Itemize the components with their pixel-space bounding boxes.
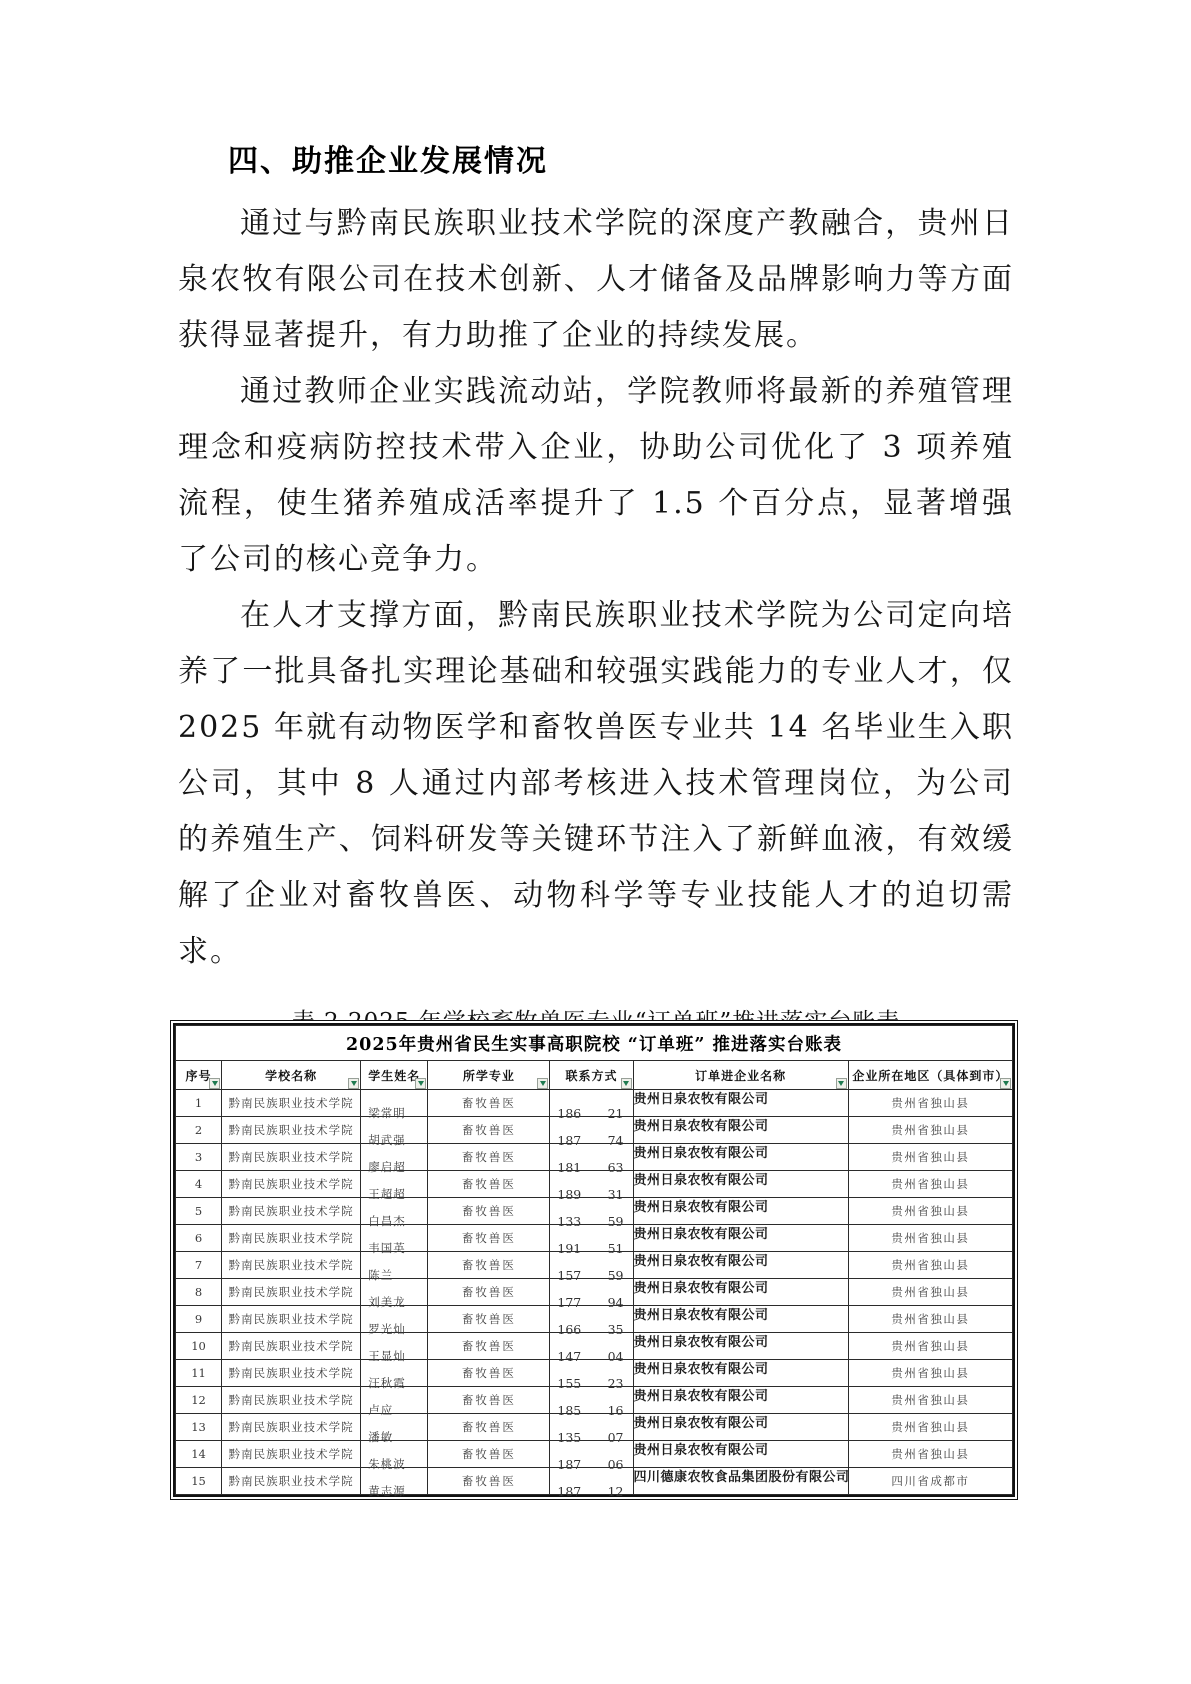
table-row: 4 黔南民族职业技术学院 王超超 畜牧兽医 18931 贵州日泉农牧有限公司 贵… [176,1171,1013,1198]
table-row: 9 黔南民族职业技术学院 罗光灿 畜牧兽医 16635 贵州日泉农牧有限公司 贵… [176,1306,1013,1333]
table-row: 5 黔南民族职业技术学院 白昌杰 畜牧兽医 13359 贵州日泉农牧有限公司 贵… [176,1198,1013,1225]
student-name-cell: 黄志源 [361,1468,428,1495]
region-cell: 贵州省独山县 [848,1144,1012,1171]
major-cell: 畜牧兽医 [428,1441,550,1468]
major-cell: 畜牧兽医 [428,1387,550,1414]
student-name-cell: 白昌杰 [361,1198,428,1225]
paragraph-3: 在人才支撑方面，黔南民族职业技术学院为公司定向培养了一批具备扎实理论基础和较强实… [178,588,1014,980]
school-cell: 黔南民族职业技术学院 [222,1117,361,1144]
table-row: 6 黔南民族职业技术学院 韦国英 畜牧兽医 19151 贵州日泉农牧有限公司 贵… [176,1225,1013,1252]
table-body: 1 黔南民族职业技术学院 梁常明 畜牧兽医 18621 贵州日泉农牧有限公司 贵… [176,1090,1013,1495]
column-header-student-name: 学生姓名 [361,1061,428,1090]
company-cell: 贵州日泉农牧有限公司 [633,1333,848,1360]
phone-cell: 15523 [550,1360,633,1387]
school-cell: 黔南民族职业技术学院 [222,1171,361,1198]
student-name-cell: 廖启超 [361,1144,428,1171]
school-cell: 黔南民族职业技术学院 [222,1198,361,1225]
student-name-cell: 罗光灿 [361,1306,428,1333]
filter-dropdown-icon [415,1078,426,1089]
region-cell: 贵州省独山县 [848,1090,1012,1117]
student-name-cell: 韦国英 [361,1225,428,1252]
filter-dropdown-icon [209,1078,220,1089]
table-row: 8 黔南民族职业技术学院 刘美龙 畜牧兽医 17794 贵州日泉农牧有限公司 贵… [176,1279,1013,1306]
serial-cell: 5 [176,1198,222,1225]
student-name-cell: 王超超 [361,1171,428,1198]
major-cell: 畜牧兽医 [428,1117,550,1144]
table-row: 1 黔南民族职业技术学院 梁常明 畜牧兽医 18621 贵州日泉农牧有限公司 贵… [176,1090,1013,1117]
student-name-cell: 汪秋霞 [361,1360,428,1387]
major-cell: 畜牧兽医 [428,1090,550,1117]
region-cell: 贵州省独山县 [848,1414,1012,1441]
phone-cell: 18163 [550,1144,633,1171]
serial-cell: 14 [176,1441,222,1468]
filter-dropdown-icon [348,1078,359,1089]
school-cell: 黔南民族职业技术学院 [222,1306,361,1333]
company-cell: 贵州日泉农牧有限公司 [633,1117,848,1144]
major-cell: 畜牧兽医 [428,1171,550,1198]
phone-cell: 19151 [550,1225,633,1252]
filter-dropdown-icon [1000,1078,1011,1089]
school-cell: 黔南民族职业技术学院 [222,1360,361,1387]
section-heading: 四、助推企业发展情况 [228,142,1014,182]
company-cell: 贵州日泉农牧有限公司 [633,1414,848,1441]
company-cell: 贵州日泉农牧有限公司 [633,1441,848,1468]
phone-cell: 13359 [550,1198,633,1225]
student-name-cell: 刘美龙 [361,1279,428,1306]
company-cell: 贵州日泉农牧有限公司 [633,1360,848,1387]
serial-cell: 13 [176,1414,222,1441]
serial-cell: 15 [176,1468,222,1495]
serial-cell: 8 [176,1279,222,1306]
company-cell: 贵州日泉农牧有限公司 [633,1306,848,1333]
document-body: 四、助推企业发展情况 通过与黔南民族职业技术学院的深度产教融合，贵州日泉农牧有限… [178,142,1014,1038]
region-cell: 贵州省独山县 [848,1279,1012,1306]
table-row: 3 黔南民族职业技术学院 廖启超 畜牧兽医 18163 贵州日泉农牧有限公司 贵… [176,1144,1013,1171]
phone-cell: 16635 [550,1306,633,1333]
serial-cell: 11 [176,1360,222,1387]
phone-cell: 18712 [550,1468,633,1495]
school-cell: 黔南民族职业技术学院 [222,1387,361,1414]
company-cell: 贵州日泉农牧有限公司 [633,1144,848,1171]
school-cell: 黔南民族职业技术学院 [222,1252,361,1279]
column-header-row: 序号 学校名称 学生姓名 所学专业 联系方式 [176,1061,1013,1090]
table-row: 15 黔南民族职业技术学院 黄志源 畜牧兽医 18712 四川德康农牧食品集团股… [176,1468,1013,1495]
school-cell: 黔南民族职业技术学院 [222,1144,361,1171]
school-cell: 黔南民族职业技术学院 [222,1468,361,1495]
phone-cell: 18931 [550,1171,633,1198]
major-cell: 畜牧兽医 [428,1468,550,1495]
school-cell: 黔南民族职业技术学院 [222,1414,361,1441]
phone-cell: 13507 [550,1414,633,1441]
major-cell: 畜牧兽医 [428,1333,550,1360]
column-header-region: 企业所在地区（具体到市） [848,1061,1012,1090]
serial-cell: 3 [176,1144,222,1171]
region-cell: 贵州省独山县 [848,1225,1012,1252]
major-cell: 畜牧兽医 [428,1306,550,1333]
table-title-row: 2025年贵州省民生实事高职院校 “订单班” 推进落实台账表 [176,1026,1013,1061]
region-cell: 四川省成都市 [848,1468,1012,1495]
embedded-table-image: 2025年贵州省民生实事高职院校 “订单班” 推进落实台账表 序号 学校名称 学… [170,1020,1018,1500]
student-name-cell: 王显灿 [361,1333,428,1360]
company-cell: 贵州日泉农牧有限公司 [633,1090,848,1117]
school-cell: 黔南民族职业技术学院 [222,1279,361,1306]
major-cell: 畜牧兽医 [428,1414,550,1441]
phone-cell: 18706 [550,1441,633,1468]
school-cell: 黔南民族职业技术学院 [222,1090,361,1117]
column-header-major: 所学专业 [428,1061,550,1090]
table-row: 11 黔南民族职业技术学院 汪秋霞 畜牧兽医 15523 贵州日泉农牧有限公司 … [176,1360,1013,1387]
major-cell: 畜牧兽医 [428,1360,550,1387]
serial-cell: 2 [176,1117,222,1144]
column-header-school: 学校名称 [222,1061,361,1090]
phone-cell: 18621 [550,1090,633,1117]
school-cell: 黔南民族职业技术学院 [222,1225,361,1252]
company-cell: 贵州日泉农牧有限公司 [633,1198,848,1225]
phone-suffix: 12 [608,1484,624,1499]
major-cell: 畜牧兽医 [428,1225,550,1252]
school-cell: 黔南民族职业技术学院 [222,1333,361,1360]
region-cell: 贵州省独山县 [848,1333,1012,1360]
region-cell: 贵州省独山县 [848,1198,1012,1225]
serial-cell: 10 [176,1333,222,1360]
company-cell: 贵州日泉农牧有限公司 [633,1279,848,1306]
company-cell: 贵州日泉农牧有限公司 [633,1387,848,1414]
filter-dropdown-icon [537,1078,548,1089]
major-cell: 畜牧兽医 [428,1144,550,1171]
serial-cell: 9 [176,1306,222,1333]
region-cell: 贵州省独山县 [848,1171,1012,1198]
serial-cell: 4 [176,1171,222,1198]
phone-cell: 14704 [550,1333,633,1360]
region-cell: 贵州省独山县 [848,1252,1012,1279]
region-cell: 贵州省独山县 [848,1117,1012,1144]
region-cell: 贵州省独山县 [848,1360,1012,1387]
school-cell: 黔南民族职业技术学院 [222,1441,361,1468]
region-cell: 贵州省独山县 [848,1387,1012,1414]
table-row: 2 黔南民族职业技术学院 胡武强 畜牧兽医 18774 贵州日泉农牧有限公司 贵… [176,1117,1013,1144]
student-name-cell: 梁常明 [361,1090,428,1117]
major-cell: 畜牧兽医 [428,1279,550,1306]
student-name-cell: 朱桃波 [361,1441,428,1468]
table-row: 14 黔南民族职业技术学院 朱桃波 畜牧兽医 18706 贵州日泉农牧有限公司 … [176,1441,1013,1468]
region-cell: 贵州省独山县 [848,1306,1012,1333]
paragraph-2: 通过教师企业实践流动站，学院教师将最新的养殖管理理念和疫病防控技术带入企业，协助… [178,364,1014,588]
phone-prefix: 187 [557,1484,581,1499]
page-root: { "doc": { "heading": "四、助推企业发展情况", "par… [0,0,1191,1684]
ledger-table: 2025年贵州省民生实事高职院校 “订单班” 推进落实台账表 序号 学校名称 学… [175,1025,1013,1495]
table-border: 2025年贵州省民生实事高职院校 “订单班” 推进落实台账表 序号 学校名称 学… [173,1023,1015,1497]
table-row: 12 黔南民族职业技术学院 卢应 畜牧兽医 18516 贵州日泉农牧有限公司 贵… [176,1387,1013,1414]
student-name-cell: 胡武强 [361,1117,428,1144]
table-row: 13 黔南民族职业技术学院 潘敏 畜牧兽医 13507 贵州日泉农牧有限公司 贵… [176,1414,1013,1441]
major-cell: 畜牧兽医 [428,1198,550,1225]
table-row: 7 黔南民族职业技术学院 陈兰 畜牧兽医 15759 贵州日泉农牧有限公司 贵州… [176,1252,1013,1279]
company-cell: 贵州日泉农牧有限公司 [633,1171,848,1198]
serial-cell: 7 [176,1252,222,1279]
major-cell: 畜牧兽医 [428,1252,550,1279]
table-row: 10 黔南民族职业技术学院 王显灿 畜牧兽医 14704 贵州日泉农牧有限公司 … [176,1333,1013,1360]
phone-cell: 17794 [550,1279,633,1306]
phone-cell: 18516 [550,1387,633,1414]
table-title: 2025年贵州省民生实事高职院校 “订单班” 推进落实台账表 [176,1026,1013,1061]
column-header-contact: 联系方式 [550,1061,633,1090]
serial-cell: 12 [176,1387,222,1414]
student-name-cell: 潘敏 [361,1414,428,1441]
student-name-cell: 卢应 [361,1387,428,1414]
region-cell: 贵州省独山县 [848,1441,1012,1468]
phone-cell: 18774 [550,1117,633,1144]
phone-cell: 15759 [550,1252,633,1279]
company-cell: 贵州日泉农牧有限公司 [633,1252,848,1279]
company-cell: 四川德康农牧食品集团股份有限公司 [633,1468,848,1495]
company-cell: 贵州日泉农牧有限公司 [633,1225,848,1252]
serial-cell: 6 [176,1225,222,1252]
student-name-cell: 陈兰 [361,1252,428,1279]
paragraph-1: 通过与黔南民族职业技术学院的深度产教融合，贵州日泉农牧有限公司在技术创新、人才储… [178,196,1014,364]
column-header-serial: 序号 [176,1061,222,1090]
filter-dropdown-icon [621,1078,632,1089]
column-header-company: 订单进企业名称 [633,1061,848,1090]
serial-cell: 1 [176,1090,222,1117]
